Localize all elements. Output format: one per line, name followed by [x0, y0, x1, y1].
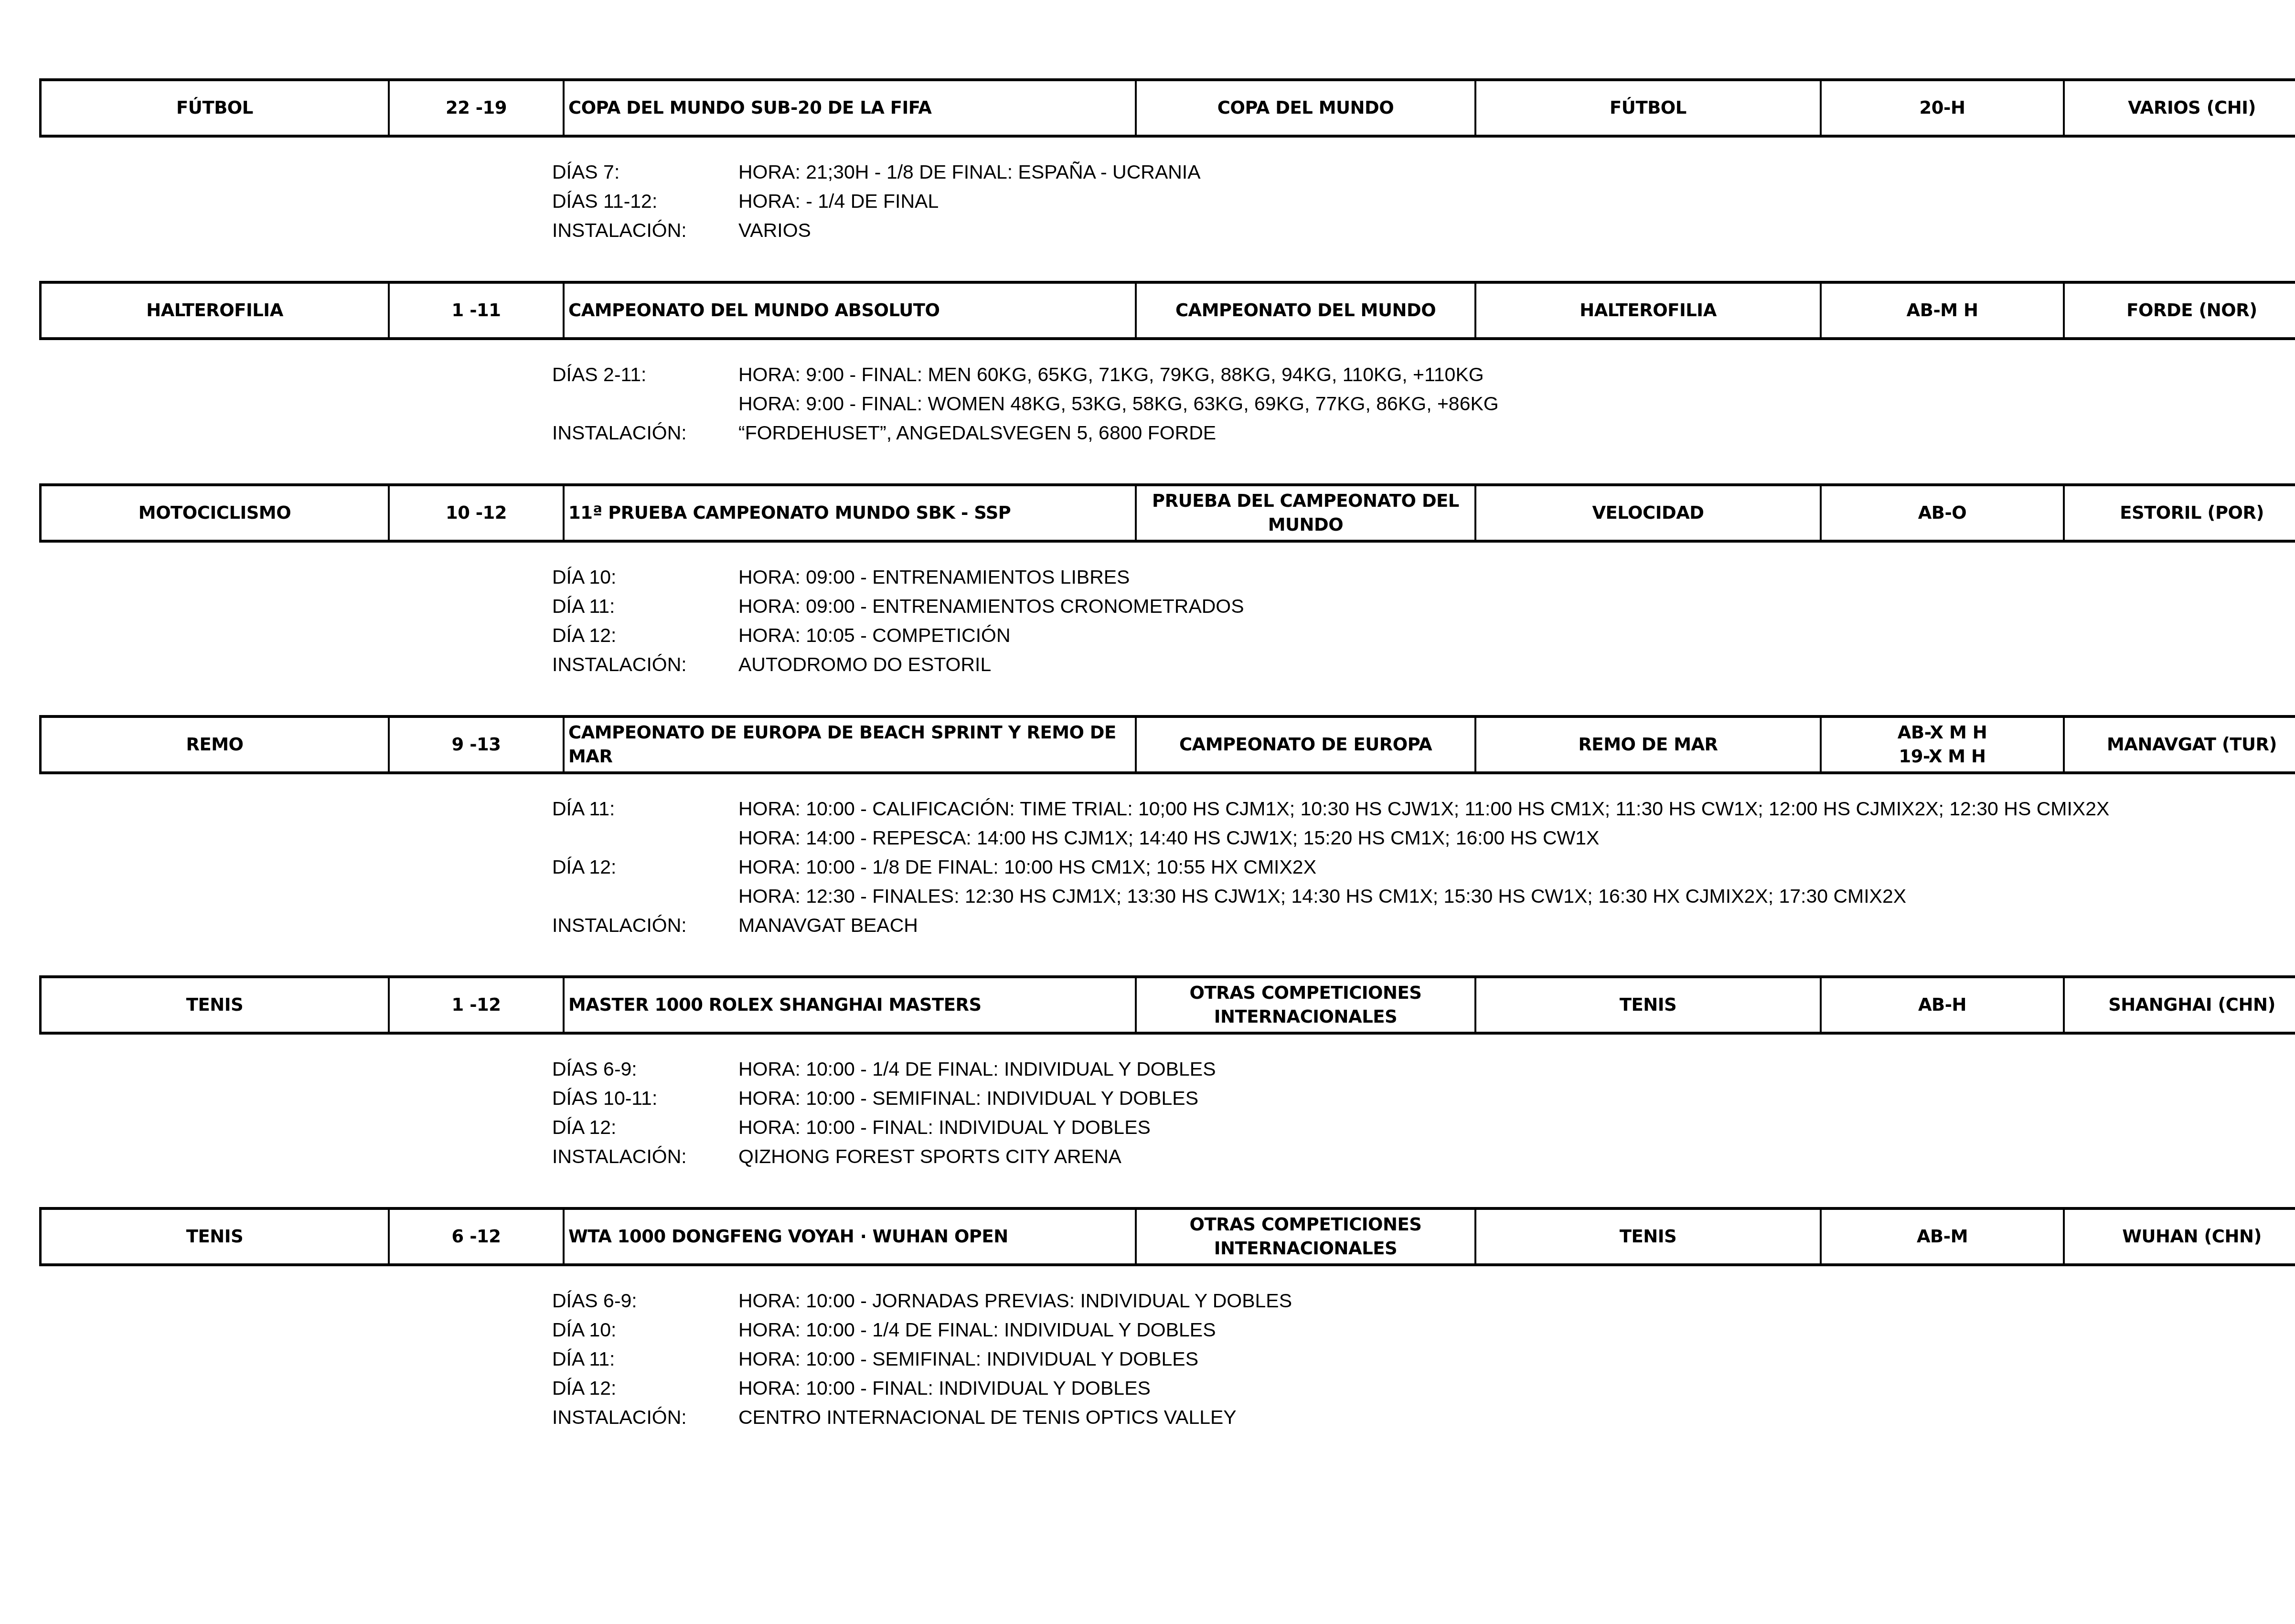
event-header-row: HALTEROFILIA 1 -11 CAMPEONATO DEL MUNDO … [41, 282, 2295, 339]
schedule-day-label: DÍA 11: [552, 592, 738, 621]
schedule-text: HORA: 10:00 - FINAL: INDIVIDUAL Y DOBLES [738, 1374, 1151, 1403]
schedule-line: DÍA 11:HORA: 09:00 - ENTRENAMIENTOS CRON… [552, 592, 1244, 621]
event-type-cell: COPA DEL MUNDO [1136, 80, 1475, 136]
schedule-text: HORA: 10:00 - JORNADAS PREVIAS: INDIVIDU… [738, 1286, 1292, 1315]
schedule-text: HORA: 09:00 - ENTRENAMIENTOS LIBRES [738, 563, 1130, 592]
schedule-line: DÍA 12:HORA: 10:00 - FINAL: INDIVIDUAL Y… [552, 1113, 1216, 1142]
schedule-text: VARIOS [738, 216, 811, 245]
schedule-text: HORA: 9:00 - FINAL: WOMEN 48KG, 53KG, 58… [738, 389, 1499, 418]
event-header-block: TENIS 6 -12 WTA 1000 DONGFENG VOYAH · WU… [39, 1207, 2264, 1266]
schedule-line: INSTALACIÓN:AUTODROMO DO ESTORIL [552, 650, 1244, 679]
schedule-line: DÍA 12:HORA: 10:00 - 1/8 DE FINAL: 10:00… [552, 853, 2109, 882]
schedule-line: DÍA 11:HORA: 10:00 - SEMIFINAL: INDIVIDU… [552, 1345, 1292, 1374]
category-cell: AB-H [1821, 977, 2064, 1033]
schedule-day-label [552, 882, 738, 911]
event-schedule: DÍAS 2-11:HORA: 9:00 - FINAL: MEN 60KG, … [552, 360, 1499, 448]
schedule-text: HORA: 10:00 - FINAL: INDIVIDUAL Y DOBLES [738, 1113, 1151, 1142]
dates-cell: 22 -19 [389, 80, 564, 136]
schedule-line: DÍA 10:HORA: 09:00 - ENTRENAMIENTOS LIBR… [552, 563, 1244, 592]
dates-cell: 1 -11 [389, 282, 564, 339]
event-header-block: MOTOCICLISMO 10 -12 11ª PRUEBA CAMPEONAT… [39, 483, 2264, 543]
schedule-text: QIZHONG FOREST SPORTS CITY ARENA [738, 1142, 1121, 1171]
event-type-cell: CAMPEONATO DE EUROPA [1136, 716, 1475, 773]
event-header-table: FÚTBOL 22 -19 COPA DEL MUNDO SUB-20 DE L… [39, 78, 2295, 138]
schedule-line: INSTALACIÓN:QIZHONG FOREST SPORTS CITY A… [552, 1142, 1216, 1171]
event-header-block: TENIS 1 -12 MASTER 1000 ROLEX SHANGHAI M… [39, 975, 2264, 1035]
event-header-table: REMO 9 -13 CAMPEONATO DE EUROPA DE BEACH… [39, 715, 2295, 774]
schedule-text: HORA: 9:00 - FINAL: MEN 60KG, 65KG, 71KG… [738, 360, 1484, 389]
schedule-day-label: DÍA 12: [552, 1374, 738, 1403]
schedule-line: DÍAS 6-9:HORA: 10:00 - 1/4 DE FINAL: IND… [552, 1055, 1216, 1084]
category-cell: AB-M H [1821, 282, 2064, 339]
discipline-cell: FÚTBOL [1475, 80, 1821, 136]
category-cell: 20-H [1821, 80, 2064, 136]
schedule-text: CENTRO INTERNACIONAL DE TENIS OPTICS VAL… [738, 1403, 1237, 1432]
schedule-text: HORA: 10:00 - 1/4 DE FINAL: INDIVIDUAL Y… [738, 1055, 1216, 1084]
schedule-day-label: DÍA 11: [552, 794, 738, 823]
event-name-cell: WTA 1000 DONGFENG VOYAH · WUHAN OPEN [564, 1208, 1136, 1265]
schedule-line: INSTALACIÓN:CENTRO INTERNACIONAL DE TENI… [552, 1403, 1292, 1432]
schedule-line: DÍA 10:HORA: 10:00 - 1/4 DE FINAL: INDIV… [552, 1315, 1292, 1345]
event-header-table: HALTEROFILIA 1 -11 CAMPEONATO DEL MUNDO … [39, 281, 2295, 340]
dates-cell: 10 -12 [389, 485, 564, 541]
location-cell: ESTORIL (POR) [2064, 485, 2295, 541]
schedule-text: HORA: 10:05 - COMPETICIÓN [738, 621, 1011, 650]
schedule-day-label: INSTALACIÓN: [552, 1403, 738, 1432]
event-name-cell: 11ª PRUEBA CAMPEONATO MUNDO SBK - SSP [564, 485, 1136, 541]
schedule-day-label: DÍAS 7: [552, 158, 738, 187]
schedule-day-label: DÍAS 6-9: [552, 1286, 738, 1315]
dates-cell: 6 -12 [389, 1208, 564, 1265]
schedule-line: DÍAS 7:HORA: 21;30H - 1/8 DE FINAL: ESPA… [552, 158, 1201, 187]
event-header-table: MOTOCICLISMO 10 -12 11ª PRUEBA CAMPEONAT… [39, 483, 2295, 543]
event-header-row: MOTOCICLISMO 10 -12 11ª PRUEBA CAMPEONAT… [41, 485, 2295, 541]
schedule-text: HORA: 10:00 - SEMIFINAL: INDIVIDUAL Y DO… [738, 1345, 1198, 1374]
event-schedule: DÍA 10:HORA: 09:00 - ENTRENAMIENTOS LIBR… [552, 563, 1244, 679]
schedule-text: MANAVGAT BEACH [738, 911, 918, 940]
schedule-text: AUTODROMO DO ESTORIL [738, 650, 991, 679]
location-cell: FORDE (NOR) [2064, 282, 2295, 339]
schedule-day-label [552, 823, 738, 853]
schedule-text: HORA: 12:30 - FINALES: 12:30 HS CJM1X; 1… [738, 882, 1906, 911]
schedule-line: DÍA 12:HORA: 10:05 - COMPETICIÓN [552, 621, 1244, 650]
schedule-day-label: DÍA 12: [552, 853, 738, 882]
event-header-block: FÚTBOL 22 -19 COPA DEL MUNDO SUB-20 DE L… [39, 78, 2264, 138]
discipline-cell: REMO DE MAR [1475, 716, 1821, 773]
sport-cell: REMO [41, 716, 389, 773]
schedule-day-label: DÍAS 11-12: [552, 187, 738, 216]
schedule-line: INSTALACIÓN:MANAVGAT BEACH [552, 911, 2109, 940]
schedule-text: HORA: 10:00 - SEMIFINAL: INDIVIDUAL Y DO… [738, 1084, 1198, 1113]
schedule-text: HORA: 10:00 - 1/4 DE FINAL: INDIVIDUAL Y… [738, 1315, 1216, 1345]
event-schedule: DÍAS 7:HORA: 21;30H - 1/8 DE FINAL: ESPA… [552, 158, 1201, 245]
discipline-cell: TENIS [1475, 977, 1821, 1033]
schedule-day-label: DÍA 10: [552, 563, 738, 592]
schedule-line: DÍAS 2-11:HORA: 9:00 - FINAL: MEN 60KG, … [552, 360, 1499, 389]
event-header-block: HALTEROFILIA 1 -11 CAMPEONATO DEL MUNDO … [39, 281, 2264, 340]
event-header-table: TENIS 6 -12 WTA 1000 DONGFENG VOYAH · WU… [39, 1207, 2295, 1266]
schedule-text: HORA: 10:00 - CALIFICACIÓN: TIME TRIAL: … [738, 794, 2109, 823]
discipline-cell: TENIS [1475, 1208, 1821, 1265]
location-cell: VARIOS (CHI) [2064, 80, 2295, 136]
schedule-day-label: DÍA 11: [552, 1345, 738, 1374]
schedule-line: INSTALACIÓN:VARIOS [552, 216, 1201, 245]
schedule-line: INSTALACIÓN:“FORDEHUSET”, ANGEDALSVEGEN … [552, 418, 1499, 448]
event-type-cell: CAMPEONATO DEL MUNDO [1136, 282, 1475, 339]
event-name-cell: CAMPEONATO DE EUROPA DE BEACH SPRINT Y R… [564, 716, 1136, 773]
event-name-cell: COPA DEL MUNDO SUB-20 DE LA FIFA [564, 80, 1136, 136]
event-header-row: REMO 9 -13 CAMPEONATO DE EUROPA DE BEACH… [41, 716, 2295, 773]
schedule-line: DÍAS 10-11:HORA: 10:00 - SEMIFINAL: INDI… [552, 1084, 1216, 1113]
event-type-cell: OTRAS COMPETICIONES INTERNACIONALES [1136, 977, 1475, 1033]
schedule-text: “FORDEHUSET”, ANGEDALSVEGEN 5, 6800 FORD… [738, 418, 1216, 448]
event-header-table: TENIS 1 -12 MASTER 1000 ROLEX SHANGHAI M… [39, 975, 2295, 1035]
sport-cell: FÚTBOL [41, 80, 389, 136]
category-cell: AB-O [1821, 485, 2064, 541]
calendar-page: FÚTBOL 22 -19 COPA DEL MUNDO SUB-20 DE L… [0, 0, 2295, 1624]
event-header-row: TENIS 6 -12 WTA 1000 DONGFENG VOYAH · WU… [41, 1208, 2295, 1265]
event-schedule: DÍAS 6-9:HORA: 10:00 - 1/4 DE FINAL: IND… [552, 1055, 1216, 1171]
schedule-day-label: DÍA 12: [552, 621, 738, 650]
event-schedule: DÍAS 6-9:HORA: 10:00 - JORNADAS PREVIAS:… [552, 1286, 1292, 1432]
sport-cell: TENIS [41, 1208, 389, 1265]
schedule-text: HORA: - 1/4 DE FINAL [738, 187, 939, 216]
schedule-day-label [552, 389, 738, 418]
event-type-cell: PRUEBA DEL CAMPEONATO DEL MUNDO [1136, 485, 1475, 541]
location-cell: WUHAN (CHN) [2064, 1208, 2295, 1265]
schedule-text: HORA: 09:00 - ENTRENAMIENTOS CRONOMETRAD… [738, 592, 1244, 621]
schedule-line: DÍAS 11-12:HORA: - 1/4 DE FINAL [552, 187, 1201, 216]
category-cell: AB-X M H19-X M H [1821, 716, 2064, 773]
schedule-day-label: INSTALACIÓN: [552, 418, 738, 448]
schedule-line: HORA: 12:30 - FINALES: 12:30 HS CJM1X; 1… [552, 882, 2109, 911]
schedule-day-label: DÍAS 2-11: [552, 360, 738, 389]
event-schedule: DÍA 11:HORA: 10:00 - CALIFICACIÓN: TIME … [552, 794, 2109, 940]
schedule-line: DÍA 12:HORA: 10:00 - FINAL: INDIVIDUAL Y… [552, 1374, 1292, 1403]
schedule-line: HORA: 14:00 - REPESCA: 14:00 HS CJM1X; 1… [552, 823, 2109, 853]
event-name-cell: MASTER 1000 ROLEX SHANGHAI MASTERS [564, 977, 1136, 1033]
dates-cell: 9 -13 [389, 716, 564, 773]
location-cell: SHANGHAI (CHN) [2064, 977, 2295, 1033]
sport-cell: MOTOCICLISMO [41, 485, 389, 541]
dates-cell: 1 -12 [389, 977, 564, 1033]
category-cell: AB-M [1821, 1208, 2064, 1265]
schedule-day-label: INSTALACIÓN: [552, 911, 738, 940]
schedule-day-label: DÍA 12: [552, 1113, 738, 1142]
schedule-day-label: INSTALACIÓN: [552, 650, 738, 679]
discipline-cell: VELOCIDAD [1475, 485, 1821, 541]
schedule-line: DÍA 11:HORA: 10:00 - CALIFICACIÓN: TIME … [552, 794, 2109, 823]
schedule-line: DÍAS 6-9:HORA: 10:00 - JORNADAS PREVIAS:… [552, 1286, 1292, 1315]
schedule-day-label: INSTALACIÓN: [552, 216, 738, 245]
sport-cell: HALTEROFILIA [41, 282, 389, 339]
event-header-row: FÚTBOL 22 -19 COPA DEL MUNDO SUB-20 DE L… [41, 80, 2295, 136]
schedule-day-label: DÍAS 10-11: [552, 1084, 738, 1113]
location-cell: MANAVGAT (TUR) [2064, 716, 2295, 773]
discipline-cell: HALTEROFILIA [1475, 282, 1821, 339]
schedule-day-label: DÍAS 6-9: [552, 1055, 738, 1084]
schedule-text: HORA: 14:00 - REPESCA: 14:00 HS CJM1X; 1… [738, 823, 1599, 853]
event-header-row: TENIS 1 -12 MASTER 1000 ROLEX SHANGHAI M… [41, 977, 2295, 1033]
sport-cell: TENIS [41, 977, 389, 1033]
schedule-text: HORA: 10:00 - 1/8 DE FINAL: 10:00 HS CM1… [738, 853, 1316, 882]
schedule-text: HORA: 21;30H - 1/8 DE FINAL: ESPAÑA - UC… [738, 158, 1201, 187]
schedule-day-label: INSTALACIÓN: [552, 1142, 738, 1171]
event-type-cell: OTRAS COMPETICIONES INTERNACIONALES [1136, 1208, 1475, 1265]
event-header-block: REMO 9 -13 CAMPEONATO DE EUROPA DE BEACH… [39, 715, 2264, 774]
event-name-cell: CAMPEONATO DEL MUNDO ABSOLUTO [564, 282, 1136, 339]
schedule-line: HORA: 9:00 - FINAL: WOMEN 48KG, 53KG, 58… [552, 389, 1499, 418]
schedule-day-label: DÍA 10: [552, 1315, 738, 1345]
